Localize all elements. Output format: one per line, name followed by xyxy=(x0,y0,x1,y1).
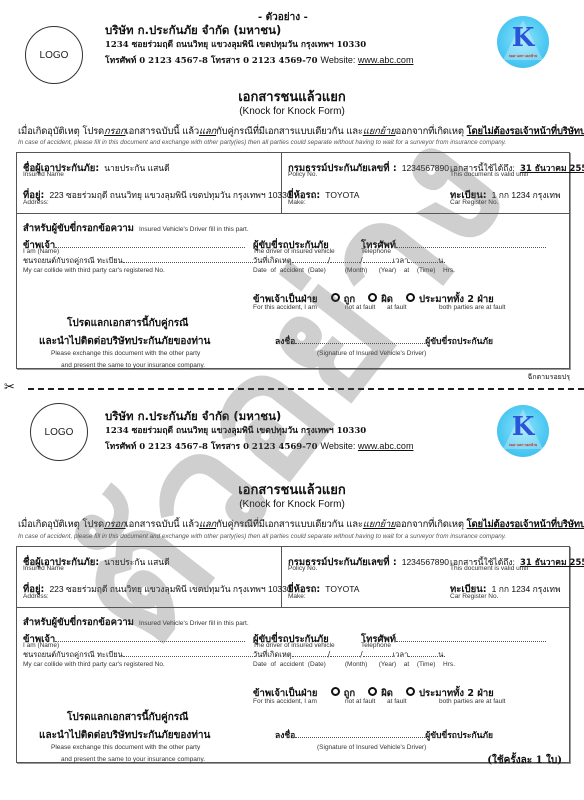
exchange-note-th-2: และนำไปติดต่อบริษัทประกันภัยของท่าน xyxy=(39,728,210,743)
instr-separate: แยกย้าย xyxy=(363,519,396,530)
exchange-note-th-1: โปรดแลกเอกสารนี้กับคู่กรณี xyxy=(67,710,188,725)
fault-en: For this accident, I am xyxy=(253,698,317,705)
form-subtitle: (Knock for Knock Form) xyxy=(0,499,584,510)
time-en: (Time) xyxy=(417,661,436,668)
instr-emphasis: โดยไม่ต้องรอเจ้าหน้าที่บริษัทประกันภัย xyxy=(467,519,584,530)
footer-note: (ใช้ครั้งละ 1 ใบ) xyxy=(487,753,562,768)
fault-radio-not-at-fault[interactable] xyxy=(331,293,340,302)
valid-until-en: This document is valid until xyxy=(450,171,528,178)
accident-month-field[interactable] xyxy=(330,255,360,263)
instr-part: เมื่อเกิดอุบัติเหตุ โปรด xyxy=(18,126,104,137)
insured-info-cell: ชื่อผู้เอาประกันภัย: นายประกัน แสนดี Ins… xyxy=(17,153,282,213)
policy-number-field[interactable]: 1234567890 xyxy=(402,163,449,173)
company-address: 1234 ซอยร่วมฤดี ถนนวิทยุ แขวงลุมพินี เขต… xyxy=(105,424,413,439)
year-en: (Year) xyxy=(379,267,396,274)
phone-text: โทรศัพท์ 0 2123 4567-8 โทรสาร 0 2123 456… xyxy=(105,442,318,452)
knock-for-knock-badge: K จอด-แลก-แยกย้าย xyxy=(497,405,549,457)
company-name: บริษัท ก.ประกันภัย จำกัด (มหาชน) xyxy=(105,22,413,38)
exchange-note-en-2: and present the same to your insurance c… xyxy=(61,362,205,369)
third-party-plate-field[interactable] xyxy=(123,255,255,263)
hrs-en: Hrs. xyxy=(443,267,455,274)
valid-until-field[interactable]: 31 ธันวาคม 2556 xyxy=(520,164,584,174)
policy-en: Policy No. xyxy=(288,171,317,178)
time-label: เวลา xyxy=(393,650,409,659)
insured-name-field[interactable]: นายประกัน แสนดี xyxy=(104,557,169,567)
policy-info-row: ชื่อผู้เอาประกันภัย: นายประกัน แสนดี Ins… xyxy=(17,547,569,608)
valid-until-en: This document is valid until xyxy=(450,565,528,572)
badge-tagline: จอด-แลก-แยกย้าย xyxy=(497,442,549,448)
exchange-note-en-1: Please exchange this document with the o… xyxy=(51,744,200,751)
instr-fill: กรอก xyxy=(104,126,126,137)
exchange-note-th-2: และนำไปติดต่อบริษัทประกันภัยของท่าน xyxy=(39,334,210,349)
badge-tagline: จอด-แลก-แยกย้าย xyxy=(497,53,549,59)
sign-label: ลงชื่อ xyxy=(275,731,295,741)
badge-letter: K xyxy=(497,24,549,52)
accident-month-field[interactable] xyxy=(330,649,360,657)
address-en: Address: xyxy=(23,593,49,600)
time-en: (Time) xyxy=(417,267,436,274)
at-en: at xyxy=(404,661,409,668)
sign-suffix: ผู้ขับขี่รถประกันภัย xyxy=(425,731,493,741)
fault-en: For this accident, I am xyxy=(253,304,317,311)
collide-en: My car collide with third party car's re… xyxy=(23,267,165,274)
date-label: วันที่เกิดเหตุ xyxy=(253,256,292,265)
insured-name-en: Insured Name xyxy=(23,171,64,178)
website-label: Website: xyxy=(321,55,356,65)
form-title: เอกสารชนแล้วแยก xyxy=(0,479,584,500)
month-en: (Month) xyxy=(345,267,367,274)
logo-placeholder: LOGO xyxy=(25,26,83,84)
instr-emphasis: โดยไม่ต้องรอเจ้าหน้าที่บริษัทประกันภัย xyxy=(467,126,584,137)
fault-radio-not-at-fault[interactable] xyxy=(331,687,340,696)
instr-exchange: แลก xyxy=(199,126,216,137)
instr-fill: กรอก xyxy=(104,519,126,530)
date-en: Date of accident (Date) xyxy=(253,267,326,274)
accident-year-field[interactable] xyxy=(363,649,393,657)
policy-en: Policy No. xyxy=(288,565,317,572)
i-am-en: I am (Name) xyxy=(23,248,59,255)
collide-label: ชนรถยนต์กับรถคู่กรณี ทะเบียน xyxy=(23,256,123,265)
policy-info-cell: กรมธรรม์ประกันภัยเลขที่ : 1234567890 เอก… xyxy=(282,547,569,607)
website-link[interactable]: www.abc.com xyxy=(358,441,414,451)
exchange-note-en-1: Please exchange this document with the o… xyxy=(51,350,200,357)
form-title: เอกสารชนแล้วแยก xyxy=(0,86,584,107)
company-address: 1234 ซอยร่วมฤดี ถนนวิทยุ แขวงลุมพินี เขต… xyxy=(105,38,413,53)
fault-option-en: both parties are at fault xyxy=(439,698,506,705)
instr-part: กับคู่กรณีที่มีเอกสารแบบเดียวกัน และ xyxy=(216,126,363,137)
website-link[interactable]: www.abc.com xyxy=(358,55,414,65)
fault-option-en: not at fault xyxy=(345,698,375,705)
instruction-thai: เมื่อเกิดอุบัติเหตุ โปรดกรอกเอกสารฉบับนี… xyxy=(18,124,584,139)
accident-time-field[interactable] xyxy=(408,649,438,657)
sign-suffix: ผู้ขับขี่รถประกันภัย xyxy=(425,337,493,347)
make-en: Make: xyxy=(288,199,306,206)
valid-until-field[interactable]: 31 ธันวาคม 2556 xyxy=(520,558,584,568)
accident-date-field[interactable] xyxy=(292,255,328,263)
sign-en: (Signature of Insured Vehicle's Driver) xyxy=(317,744,426,751)
signature-field[interactable] xyxy=(295,730,425,738)
fault-option-en: both parties are at fault xyxy=(439,304,506,311)
company-header: บริษัท ก.ประกันภัย จำกัด (มหาชน) 1234 ซอ… xyxy=(105,22,413,69)
register-en: Car Register No. xyxy=(450,593,498,600)
insured-name-en: Insured Name xyxy=(23,565,64,572)
make-field[interactable]: TOYOTA xyxy=(325,190,359,200)
accident-form: ชื่อผู้เอาประกันภัย: นายประกัน แสนดี Ins… xyxy=(16,152,570,369)
fault-option-en: not at fault xyxy=(345,304,375,311)
sign-en: (Signature of Insured Vehicle's Driver) xyxy=(317,350,426,357)
driver-section-en: Insured Vehicle's Driver fill in this pa… xyxy=(139,620,249,627)
instr-part: เอกสารฉบับนี้ แล้ว xyxy=(126,126,199,137)
driver-of-en: The driver of insured vehicle xyxy=(253,642,335,649)
accident-time-field[interactable] xyxy=(408,255,438,263)
fault-option-en: at fault xyxy=(387,698,407,705)
form-copy-2: LOGO บริษัท ก.ประกันภัย จำกัด (มหาชน) 12… xyxy=(0,393,584,800)
address-en: Address: xyxy=(23,199,49,206)
logo-placeholder: LOGO xyxy=(30,403,88,461)
company-name: บริษัท ก.ประกันภัย จำกัด (มหาชน) xyxy=(105,408,413,424)
driver-name-field[interactable] xyxy=(55,634,245,642)
instruction-english: In case of accident, please fill in this… xyxy=(18,533,506,540)
form-copy-1: - ตัวอย่าง - LOGO บริษัท ก.ประกันภัย จำก… xyxy=(0,0,584,393)
fault-radio-both-at-fault[interactable] xyxy=(406,293,415,302)
telephone-field[interactable] xyxy=(396,634,546,642)
exchange-note-en-2: and present the same to your insurance c… xyxy=(61,756,205,763)
telephone-en: Telephone xyxy=(361,248,391,255)
register-field[interactable]: 1 กก 1234 กรุงเทพ xyxy=(492,584,561,594)
collide-label: ชนรถยนต์กับรถคู่กรณี ทะเบียน xyxy=(23,650,123,659)
signature-field[interactable] xyxy=(295,336,425,344)
insured-info-cell: ชื่อผู้เอาประกันภัย: นายประกัน แสนดี Ins… xyxy=(17,547,282,607)
date-en: Date of accident (Date) xyxy=(253,661,326,668)
instr-exchange: แลก xyxy=(199,519,216,530)
fault-radio-at-fault[interactable] xyxy=(368,293,377,302)
driver-section: สำหรับผู้ขับขี่กรอกข้อความ Insured Vehic… xyxy=(17,608,569,762)
company-header: บริษัท ก.ประกันภัย จำกัด (มหาชน) 1234 ซอ… xyxy=(105,408,413,455)
insured-name-field[interactable]: นายประกัน แสนดี xyxy=(104,163,169,173)
accident-year-field[interactable] xyxy=(363,255,393,263)
driver-section: สำหรับผู้ขับขี่กรอกข้อความ Insured Vehic… xyxy=(17,214,569,368)
fault-radio-at-fault[interactable] xyxy=(368,687,377,696)
register-en: Car Register No. xyxy=(450,199,498,206)
exchange-note-th-1: โปรดแลกเอกสารนี้กับคู่กรณี xyxy=(67,316,188,331)
logo-text: LOGO xyxy=(45,427,74,438)
instr-part: เอกสารฉบับนี้ แล้ว xyxy=(126,519,199,530)
at-en: at xyxy=(404,267,409,274)
instruction-english: In case of accident, please fill in this… xyxy=(18,139,506,146)
cut-line xyxy=(28,388,584,390)
logo-text: LOGO xyxy=(40,50,69,61)
policy-info-cell: กรมธรรม์ประกันภัยเลขที่ : 1234567890 เอก… xyxy=(282,153,569,213)
instruction-thai: เมื่อเกิดอุบัติเหตุ โปรดกรอกเอกสารฉบับนี… xyxy=(18,517,584,532)
telephone-en: Telephone xyxy=(361,642,391,649)
instr-part: กับคู่กรณีที่มีเอกสารแบบเดียวกัน และ xyxy=(216,519,363,530)
hrs-label: น. xyxy=(438,256,446,265)
fault-radio-both-at-fault[interactable] xyxy=(406,687,415,696)
policy-info-row: ชื่อผู้เอาประกันภัย: นายประกัน แสนดี Ins… xyxy=(17,153,569,214)
hrs-label: น. xyxy=(438,650,446,659)
year-en: (Year) xyxy=(379,661,396,668)
accident-form: ชื่อผู้เอาประกันภัย: นายประกัน แสนดี Ins… xyxy=(16,546,570,763)
website-label: Website: xyxy=(321,441,356,451)
fault-option-en: at fault xyxy=(387,304,407,311)
company-phone: โทรศัพท์ 0 2123 4567-8 โทรสาร 0 2123 456… xyxy=(105,439,413,455)
phone-text: โทรศัพท์ 0 2123 4567-8 โทรสาร 0 2123 456… xyxy=(105,56,318,66)
make-en: Make: xyxy=(288,593,306,600)
tear-note: ฉีกตามรอยปรุ xyxy=(528,372,570,383)
month-en: (Month) xyxy=(345,661,367,668)
accident-date-field[interactable] xyxy=(292,649,328,657)
instr-separate: แยกย้าย xyxy=(363,126,396,137)
time-label: เวลา xyxy=(393,256,409,265)
sign-label: ลงชื่อ xyxy=(275,337,295,347)
i-am-en: I am (Name) xyxy=(23,642,59,649)
hrs-en: Hrs. xyxy=(443,661,455,668)
driver-of-en: The driver of insured vehicle xyxy=(253,248,335,255)
knock-for-knock-badge: K จอด-แลก-แยกย้าย xyxy=(497,16,549,68)
date-label: วันที่เกิดเหตุ xyxy=(253,650,292,659)
make-field[interactable]: TOYOTA xyxy=(325,584,359,594)
company-phone: โทรศัพท์ 0 2123 4567-8 โทรสาร 0 2123 456… xyxy=(105,53,413,69)
driver-name-field[interactable] xyxy=(55,240,245,248)
instr-part: ออกจากที่เกิดเหตุ xyxy=(396,519,467,530)
telephone-field[interactable] xyxy=(396,240,546,248)
address-field[interactable]: 223 ซอยร่วมฤดี ถนนวิทยุ แขวงลุมพินี เขตป… xyxy=(49,584,291,594)
driver-section-en: Insured Vehicle's Driver fill in this pa… xyxy=(139,226,249,233)
address-field[interactable]: 223 ซอยร่วมฤดี ถนนวิทยุ แขวงลุมพินี เขตป… xyxy=(49,190,291,200)
policy-number-field[interactable]: 1234567890 xyxy=(402,557,449,567)
form-subtitle: (Knock for Knock Form) xyxy=(0,106,584,117)
badge-letter: K xyxy=(497,413,549,441)
collide-en: My car collide with third party car's re… xyxy=(23,661,165,668)
register-field[interactable]: 1 กก 1234 กรุงเทพ xyxy=(492,190,561,200)
instr-part: เมื่อเกิดอุบัติเหตุ โปรด xyxy=(18,519,104,530)
third-party-plate-field[interactable] xyxy=(123,649,255,657)
instr-part: ออกจากที่เกิดเหตุ xyxy=(396,126,467,137)
